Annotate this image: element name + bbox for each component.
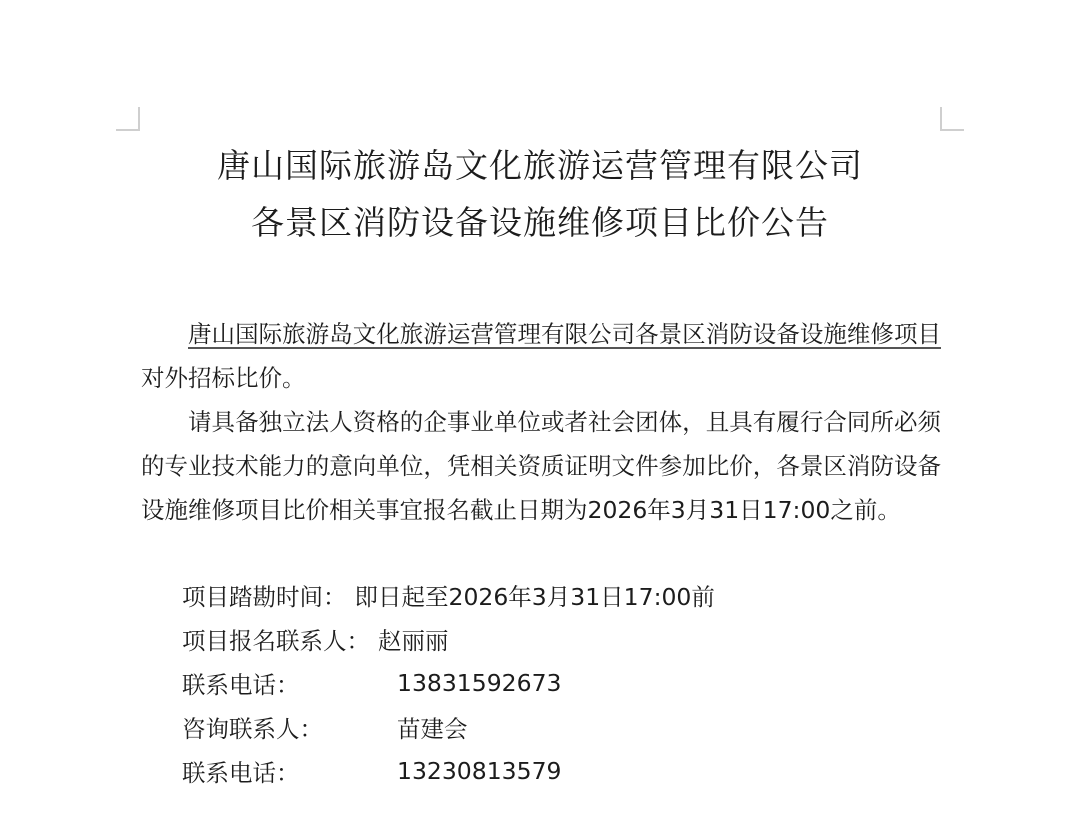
info-label: 项目踏勘时间： [182, 578, 347, 612]
paragraph-requirements: 请具备独立法人资格的企事业单位或者社会团体，且具有履行合同所必须的专业技术能力的… [141, 400, 941, 532]
document-title-line-2: 各景区消防设备设施维修项目比价公告 [0, 197, 1080, 244]
info-value: 即日起至2026年3月31日17:00前 [355, 578, 715, 612]
info-label: 项目报名联系人： [182, 622, 370, 656]
document-title-line-1: 唐山国际旅游岛文化旅游运营管理有限公司 [0, 140, 1080, 187]
info-value: 苗建会 [397, 710, 468, 744]
info-row-phone-1: 联系电话： 13831592673 [182, 661, 715, 705]
info-row-registration-contact: 项目报名联系人： 赵丽丽 [182, 617, 715, 661]
info-label: 咨询联系人： [182, 710, 397, 744]
page-corner-mark-right [940, 107, 964, 131]
info-row-phone-2: 联系电话： 13230813579 [182, 749, 715, 793]
contact-info-list: 项目踏勘时间： 即日起至2026年3月31日17:00前 项目报名联系人： 赵丽… [182, 573, 715, 793]
page-corner-mark-left [116, 107, 140, 131]
info-label: 联系电话： [182, 754, 397, 788]
paragraph-intro: 唐山国际旅游岛文化旅游运营管理有限公司各景区消防设备设施维修项目对外招标比价。 [141, 312, 941, 400]
info-label: 联系电话： [182, 666, 397, 700]
info-value: 13230813579 [397, 757, 561, 785]
project-name-underlined: 唐山国际旅游岛文化旅游运营管理有限公司各景区消防设备设施维修项目 [188, 320, 941, 348]
paragraph-intro-rest: 对外招标比价。 [141, 364, 306, 392]
info-value: 赵丽丽 [378, 622, 449, 656]
document-body: 唐山国际旅游岛文化旅游运营管理有限公司各景区消防设备设施维修项目对外招标比价。 … [141, 312, 941, 532]
info-row-survey-time: 项目踏勘时间： 即日起至2026年3月31日17:00前 [182, 573, 715, 617]
info-value: 13831592673 [397, 669, 561, 697]
info-row-consult-contact: 咨询联系人： 苗建会 [182, 705, 715, 749]
